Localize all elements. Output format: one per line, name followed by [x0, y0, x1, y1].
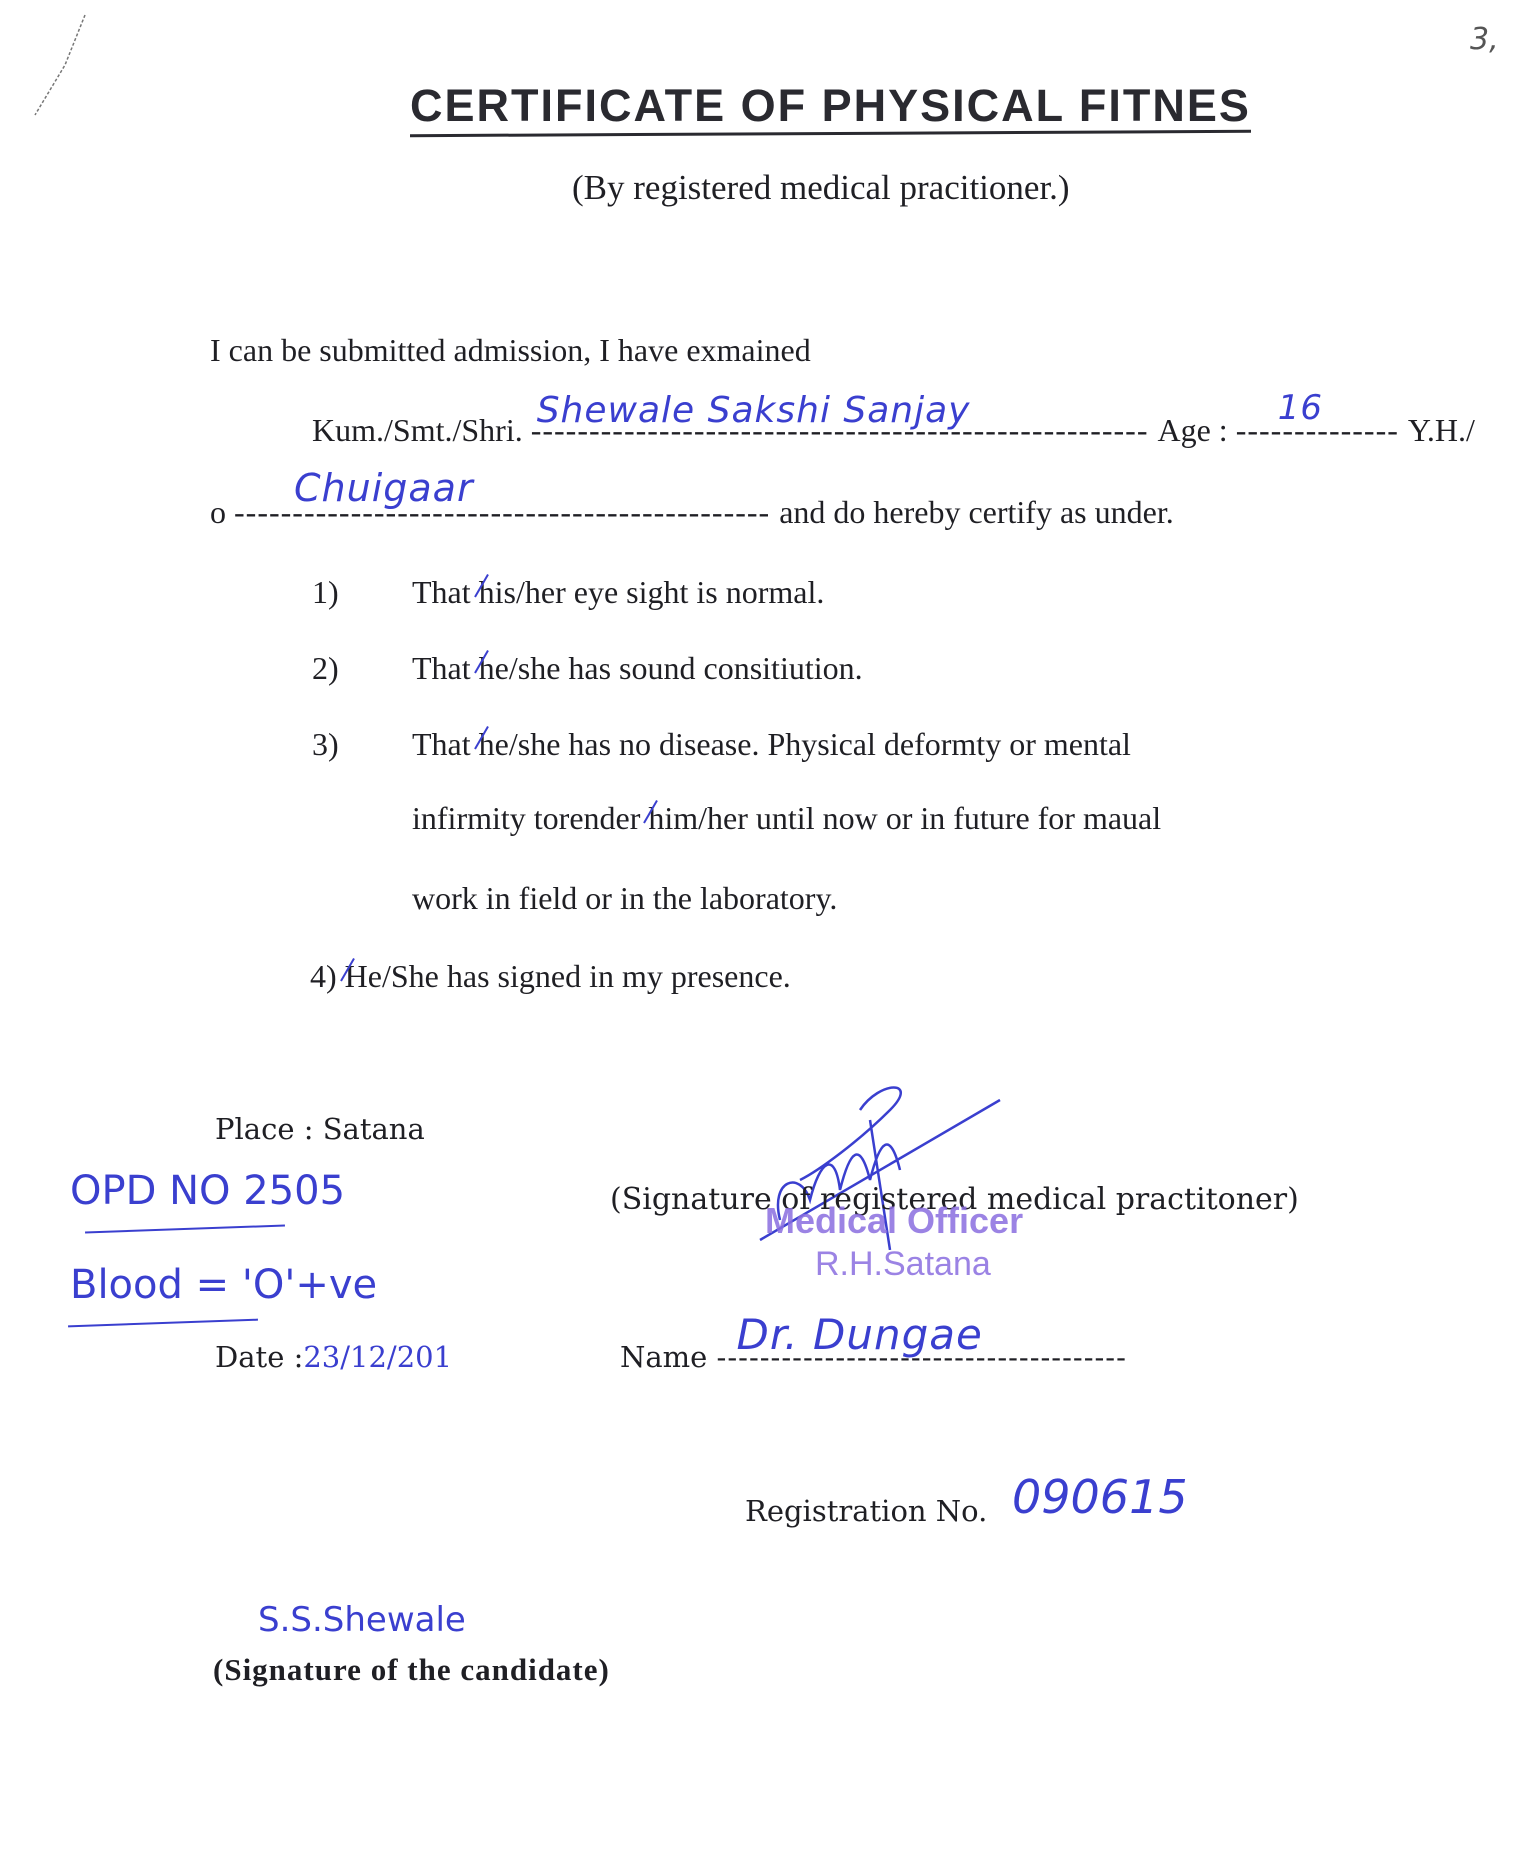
clause-line: 2)That he/she has sound consitiution. [412, 650, 863, 687]
blood-underline [68, 1319, 258, 1328]
clause-line: work in field or in the laboratory. [412, 880, 837, 917]
candidate-signature: S.S.Shewale [258, 1600, 466, 1640]
opd-underline [85, 1225, 285, 1234]
certificate-subtitle: (By registered medical pracitioner.) [572, 168, 1070, 208]
clause-text: That [412, 726, 479, 762]
date-line: Date :23/12/201 [215, 1340, 452, 1374]
clause-number: 2) [312, 650, 339, 687]
clause-line: infirmity torender him/her until now or … [412, 800, 1161, 837]
struck-letter: h [479, 574, 495, 611]
residence-prefix: o [210, 494, 226, 530]
stamp-hospital: R.H.Satana [815, 1245, 991, 1284]
clause-text: That [412, 650, 479, 686]
date-value: 23/12/201 [303, 1340, 452, 1374]
name-field-dashes: ----------------------------------------… [531, 412, 1158, 448]
clause-number: 3) [312, 726, 339, 763]
residence-field-dashes: ----------------------------------------… [234, 494, 779, 530]
opd-number-note: OPD NO 2505 [70, 1168, 345, 1214]
clause-line: 1)That his/her eye sight is normal. [412, 574, 824, 611]
clause-line: 4) He/She has signed in my presence. [310, 958, 791, 995]
candidate-signature-label: (Signature of the candidate) [213, 1652, 610, 1688]
clause-number: 1) [312, 574, 339, 611]
residence-place: Chuigaar [294, 466, 474, 510]
struck-letter: h [479, 650, 495, 687]
page-number: 3, [1470, 22, 1499, 57]
practitioner-name-line: Name -----------------------------------… [620, 1340, 1127, 1374]
candidate-line: Kum./Smt./Shri. ------------------------… [312, 412, 1475, 449]
age-label: Age : [1157, 412, 1227, 448]
certificate-title: CERTIFICATE OF PHYSICAL FITNES [410, 80, 1251, 132]
date-label: Date : [215, 1340, 303, 1374]
candidate-name: Shewale Sakshi Sanjay [537, 390, 971, 431]
age-value: 16 [1278, 388, 1323, 428]
clause-text: e/she has no disease. Physical deformty … [495, 726, 1131, 762]
blood-group-note: Blood = 'O'+ve [70, 1262, 377, 1308]
clause-text: That [412, 574, 479, 610]
honorific-prefix: Kum./Smt./Shri. [312, 412, 523, 448]
intro-text: I can be submitted admission, I have exm… [210, 332, 811, 369]
clause-text: infirmity torender [412, 800, 648, 836]
struck-letter: h [648, 800, 664, 837]
clause-text: e/She has signed in my presence. [368, 958, 791, 994]
struck-letter: H [345, 958, 368, 995]
age-suffix: Y.H./ [1408, 412, 1475, 448]
residence-line: o --------------------------------------… [210, 494, 1174, 531]
clause-number: 4) [310, 958, 345, 994]
stamp-medical-officer: Medical Officer [765, 1200, 1023, 1242]
corner-tick-mark [5, 5, 95, 135]
clause-text: work in field or in the laboratory. [412, 880, 837, 916]
name-label: Name [620, 1340, 707, 1374]
struck-letter: h [479, 726, 495, 763]
practitioner-name: Dr. Dungae [737, 1310, 983, 1359]
clause-text: im/her until now or in future for maual [664, 800, 1161, 836]
name-field-dashes: -------------------------------------- D… [717, 1340, 1127, 1374]
registration-number: 090615 [1012, 1470, 1188, 1524]
clause-line: 3)That he/she has no disease. Physical d… [412, 726, 1131, 763]
clause-text: is/her eye sight is normal. [495, 574, 825, 610]
clause-text: e/she has sound consitiution. [495, 650, 863, 686]
residence-suffix: and do hereby certify as under. [779, 494, 1174, 530]
age-field-dashes: -------------- 16 [1236, 412, 1408, 448]
place-label: Place : Satana [215, 1112, 425, 1146]
registration-label: Registration No. [745, 1494, 987, 1528]
